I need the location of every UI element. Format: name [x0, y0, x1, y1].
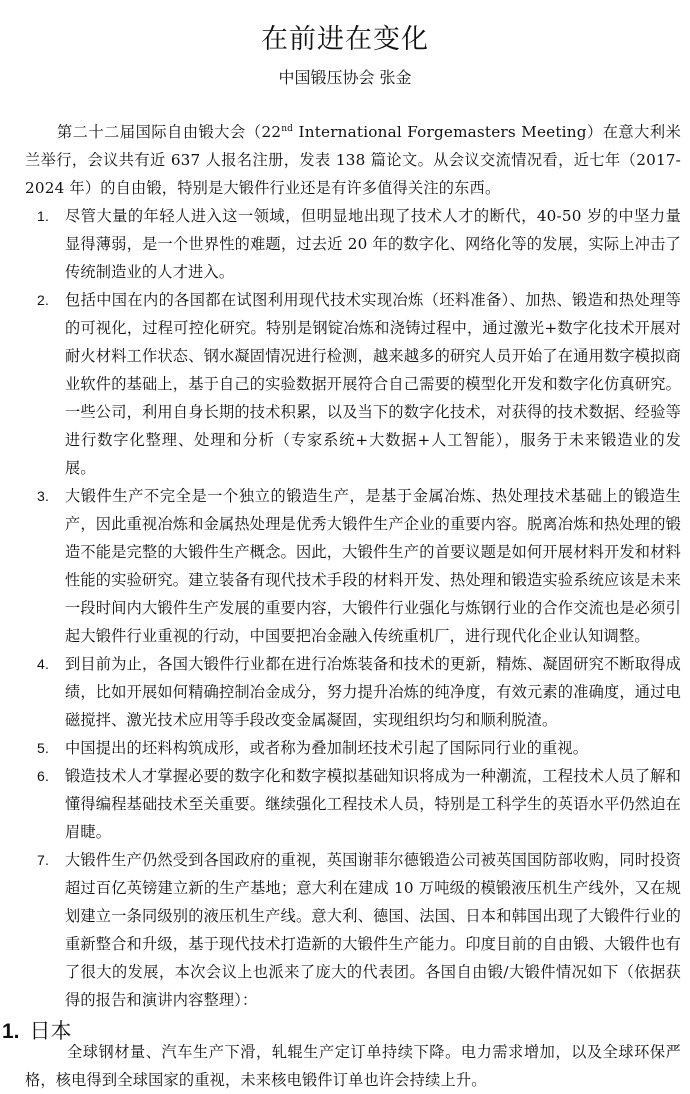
- ordinal-superscript: nd: [281, 124, 293, 134]
- list-item-text: 尽管大量的年轻人进入这一领域，但明显地出现了技术人才的断代，40-50 岁的中坚…: [65, 202, 681, 286]
- list-item: 2.包括中国在内的各国都在试图利用现代技术实现冶炼（坯料准备）、加热、锻造和热处…: [25, 286, 681, 482]
- key-points-list: 1.尽管大量的年轻人进入这一领域，但明显地出现了技术人才的断代，40-50 岁的…: [25, 202, 681, 1014]
- list-item: 3.大锻件生产不完全是一个独立的锻造生产，是基于金属冶炼、热处理技术基础上的锻造…: [25, 482, 681, 650]
- list-item: 1.尽管大量的年轻人进入这一领域，但明显地出现了技术人才的断代，40-50 岁的…: [25, 202, 681, 286]
- list-item-number: 6.: [37, 762, 49, 790]
- list-item: 5.中国提出的坯料构筑成形，或者称为叠加制坯技术引起了国际同行业的重视。: [25, 734, 681, 762]
- document-title: 在前进在变化: [0, 22, 690, 58]
- list-item-number: 5.: [37, 734, 49, 762]
- list-item-number: 2.: [37, 286, 49, 314]
- list-item: 6.锻造技术人才掌握必要的数字化和数字模拟基础知识将成为一种潮流，工程技术人员了…: [25, 762, 681, 846]
- list-item-number: 7.: [37, 846, 49, 874]
- list-item-text: 锻造技术人才掌握必要的数字化和数字模拟基础知识将成为一种潮流，工程技术人员了解和…: [65, 762, 681, 846]
- document-author: 中国锻压协会 张金: [0, 66, 690, 90]
- list-item-text: 中国提出的坯料构筑成形，或者称为叠加制坯技术引起了国际同行业的重视。: [65, 734, 681, 762]
- intro-paragraph: 第二十二届国际自由锻大会（22nd International Forgemas…: [25, 118, 681, 202]
- section-number: 1.: [2, 1020, 20, 1043]
- list-item-number: 4.: [37, 650, 49, 678]
- list-item-text: 包括中国在内的各国都在试图利用现代技术实现冶炼（坯料准备）、加热、锻造和热处理等…: [65, 286, 681, 482]
- intro-text-start: 第二十二届国际自由锻大会（22: [57, 123, 281, 141]
- list-item-text: 到目前为止，各国大锻件行业都在进行冶炼装备和技术的更新，精炼、凝固研究不断取得成…: [65, 650, 681, 734]
- list-item-text: 大锻件生产不完全是一个独立的锻造生产，是基于金属冶炼、热处理技术基础上的锻造生产…: [65, 482, 681, 650]
- list-item: 7.大锻件生产仍然受到各国政府的重视，英国谢菲尔德锻造公司被英国国防部收购，同时…: [25, 846, 681, 1014]
- list-item-number: 1.: [37, 202, 49, 230]
- list-item: 4.到目前为止，各国大锻件行业都在进行冶炼装备和技术的更新，精炼、凝固研究不断取…: [25, 650, 681, 734]
- section-paragraph: 全球钢材量、汽车生产下滑，轧辊生产定订单持续下降。电力需求增加，以及全球环保严格…: [25, 1038, 681, 1094]
- list-item-text: 大锻件生产仍然受到各国政府的重视，英国谢菲尔德锻造公司被英国国防部收购，同时投资…: [65, 846, 681, 1014]
- list-item-number: 3.: [37, 482, 49, 510]
